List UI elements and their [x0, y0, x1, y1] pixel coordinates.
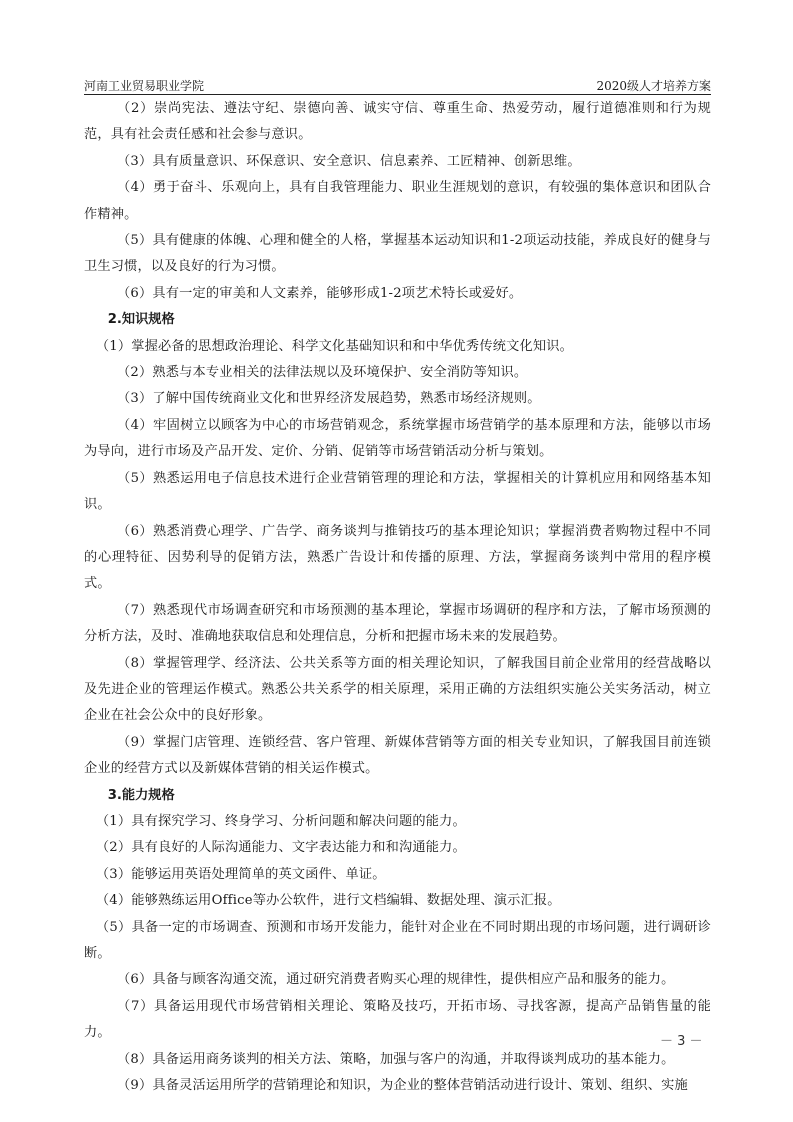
- ability-item-3: （3）能够运用英语处理简单的英文函件、单证。: [84, 862, 711, 888]
- ability-item-6: （6）具备与顾客沟通交流，通过研究消费者购买心理的规律性，提供相应产品和服务的能…: [84, 967, 711, 993]
- knowledge-heading: 2.知识规格: [84, 307, 711, 333]
- quality-item-6: （6）具有一定的审美和人文素养，能够形成1-2项艺术特长或爱好。: [84, 281, 711, 307]
- page-header: 河南工业贸易职业学院 2020级人才培养方案: [84, 74, 711, 95]
- ability-item-4: （4）能够熟练运用Office等办公软件，进行文档编辑、数据处理、演示汇报。: [84, 888, 711, 914]
- knowledge-item-2: （2）熟悉与本专业相关的法律法规以及环境保护、安全消防等知识。: [84, 360, 711, 386]
- knowledge-item-7: （7）熟悉现代市场调查研究和市场预测的基本理论，掌握市场调研的程序和方法，了解市…: [84, 598, 711, 651]
- quality-item-4: （4）勇于奋斗、乐观向上，具有自我管理能力、职业生涯规划的意识，有较强的集体意识…: [84, 175, 711, 228]
- knowledge-item-8: （8）掌握管理学、经济法、公共关系等方面的相关理论知识，了解我国目前企业常用的经…: [84, 651, 711, 730]
- header-document-title: 2020级人才培养方案: [596, 77, 711, 94]
- knowledge-item-1: （1）掌握必备的思想政治理论、科学文化基础知识和和中华优秀传统文化知识。: [84, 334, 711, 360]
- quality-item-2: （2）崇尚宪法、遵法守纪、崇德向善、诚实守信、尊重生命、热爱劳动，履行道德准则和…: [84, 96, 711, 149]
- header-institution: 河南工业贸易职业学院: [84, 77, 204, 94]
- ability-item-7: （7）具备运用现代市场营销相关理论、策略及技巧，开拓市场、寻找客源，提高产品销售…: [84, 994, 711, 1047]
- knowledge-item-5: （5）熟悉运用电子信息技术进行企业营销管理的理论和方法，掌握相关的计算机应用和网…: [84, 466, 711, 519]
- quality-item-5: （5）具有健康的体魄、心理和健全的人格，掌握基本运动知识和1-2项运动技能，养成…: [84, 228, 711, 281]
- knowledge-item-4: （4）牢固树立以顾客为中心的市场营销观念，系统掌握市场营销学的基本原理和方法，能…: [84, 413, 711, 466]
- ability-item-9: （9）具备灵活运用所学的营销理论和知识，为企业的整体营销活动进行设计、策划、组织…: [84, 1073, 711, 1099]
- knowledge-item-9: （9）掌握门店管理、连锁经营、客户管理、新媒体营销等方面的相关专业知识，了解我国…: [84, 730, 711, 783]
- ability-item-2: （2）具有良好的人际沟通能力、文字表达能力和和沟通能力。: [84, 835, 711, 861]
- knowledge-item-3: （3）了解中国传统商业文化和世界经济发展趋势，熟悉市场经济规则。: [84, 386, 711, 412]
- knowledge-item-6: （6）熟悉消费心理学、广告学、商务谈判与推销技巧的基本理论知识；掌握消费者购物过…: [84, 519, 711, 598]
- ability-heading: 3.能力规格: [84, 783, 711, 809]
- page-number: － 3 －: [660, 1030, 703, 1049]
- ability-item-1: （1）具有探究学习、终身学习、分析问题和解决问题的能力。: [84, 809, 711, 835]
- page-body: （2）崇尚宪法、遵法守纪、崇德向善、诚实守信、尊重生命、热爱劳动，履行道德准则和…: [84, 96, 711, 1099]
- quality-item-3: （3）具有质量意识、环保意识、安全意识、信息素养、工匠精神、创新思维。: [84, 149, 711, 175]
- ability-item-5: （5）具备一定的市场调查、预测和市场开发能力，能针对企业在不同时期出现的市场问题…: [84, 915, 711, 968]
- ability-item-8: （8）具备运用商务谈判的相关方法、策略，加强与客户的沟通，并取得谈判成功的基本能…: [84, 1047, 711, 1073]
